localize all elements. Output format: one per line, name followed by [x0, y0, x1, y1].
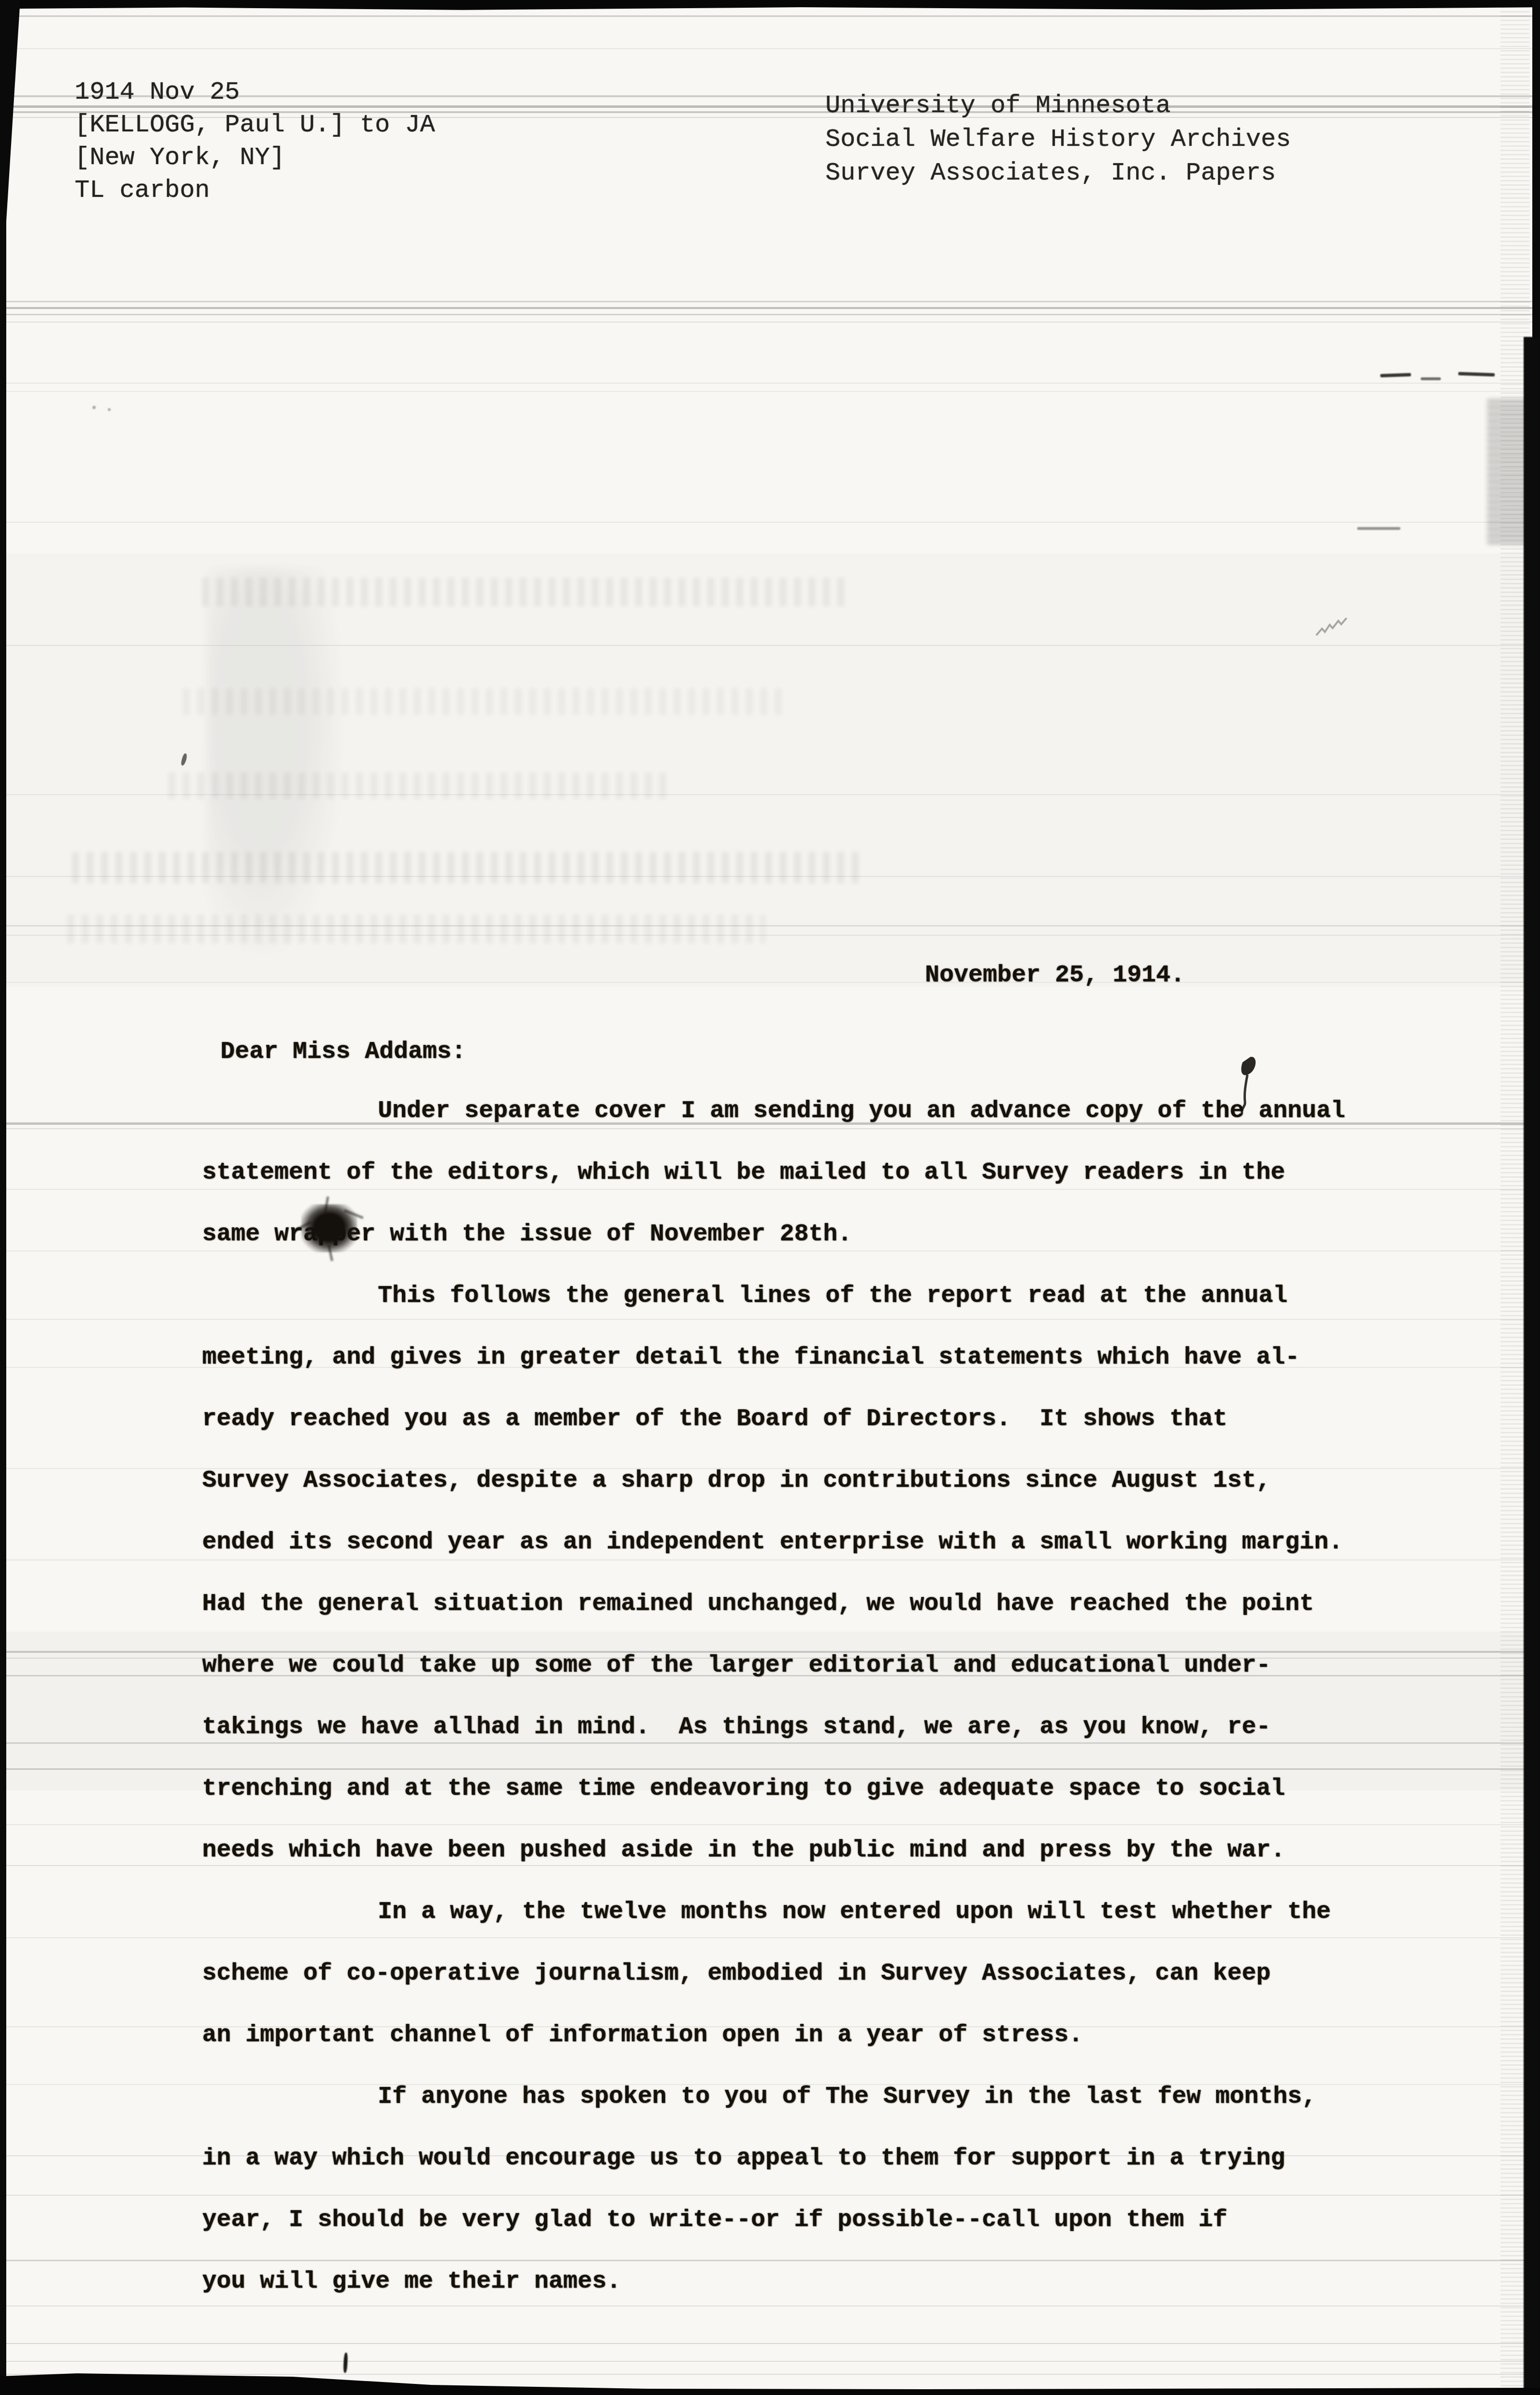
catalog-format: TL carbon [75, 174, 210, 207]
letter-line: meeting, and gives in greater detail the… [202, 1344, 1299, 1371]
scanline [0, 391, 1540, 392]
scanline [0, 1250, 1540, 1251]
scanline [0, 1742, 1540, 1744]
archive-institution: University of Minnesota [825, 89, 1171, 123]
letter-line: same wrapper with the issue of November … [202, 1221, 852, 1248]
letter-line: Had the general situation remained uncha… [202, 1590, 1314, 1618]
speck-mark [108, 408, 111, 411]
scanline [0, 307, 1540, 309]
letter-salutation: Dear Miss Addams: [220, 1038, 466, 1066]
ink-blot [301, 1204, 357, 1252]
letter-line: year, I should be very glad to write--or… [202, 2206, 1227, 2234]
scanline [0, 645, 1540, 646]
scanline [0, 935, 1540, 936]
scanline [0, 15, 1540, 17]
smudge-dash [1357, 527, 1400, 530]
scanline [0, 925, 1540, 927]
catalog-date: 1914 Nov 25 [75, 76, 240, 109]
catalog-correspondents: [KELLOGG, Paul U.] to JA [75, 109, 435, 142]
scanline [0, 1937, 1540, 1938]
scan-edge-left [0, 0, 6, 2395]
scanline [0, 1824, 1540, 1825]
letter-line: you will give me their names. [202, 2268, 621, 2295]
smudge-dash [1458, 372, 1495, 377]
scanline [0, 1128, 1540, 1129]
letter-line: needs which have been pushed aside in th… [202, 1837, 1285, 1864]
letter-line: trenching and at the same time endeavori… [202, 1775, 1285, 1803]
scanline [0, 1768, 1540, 1770]
speck-mark [92, 406, 96, 409]
letter-line: in a way which would encourage us to app… [202, 2145, 1285, 2172]
letter-line: ready reached you as a member of the Boa… [202, 1405, 1227, 1433]
letter-line: statement of the editors, which will be … [202, 1159, 1285, 1186]
bleed-through-ghost-line [72, 852, 866, 883]
letter-line: takings we have allhad in mind. As thing… [202, 1713, 1270, 1741]
archive-papers: Survey Associates, Inc. Papers [825, 156, 1276, 190]
smudge-dash [1421, 377, 1441, 380]
archive-collection: Social Welfare History Archives [825, 123, 1291, 156]
scanline [0, 2361, 1540, 2362]
letter-line: In a way, the twelve months now entered … [378, 1898, 1331, 1926]
letter-scan-page: 1914 Nov 25 [KELLOGG, Paul U.] to JA [Ne… [0, 0, 1540, 2395]
scanline [0, 2343, 1540, 2344]
scanline [0, 383, 1540, 384]
letter-line: an important channel of information open… [202, 2022, 1083, 2049]
scanline [0, 794, 1540, 795]
scanline [0, 1559, 1540, 1560]
smudge-dash [1380, 373, 1411, 377]
scanline [0, 522, 1540, 523]
letter-line: Survey Associates, despite a sharp drop … [202, 1467, 1270, 1494]
letter-line: ended its second year as an independent … [202, 1529, 1343, 1556]
letter-line: scheme of co-operative journalism, embod… [202, 1960, 1270, 1987]
scanline [0, 1865, 1540, 1866]
scanline [0, 2260, 1540, 2261]
scanline [0, 48, 1540, 49]
scanline [0, 1319, 1540, 1320]
scan-edge-top [0, 0, 1540, 13]
scanline [0, 314, 1540, 315]
scan-corner-wedge [0, 0, 20, 231]
scanline [0, 876, 1540, 877]
letter-line: This follows the general lines of the re… [378, 1282, 1287, 1310]
letter-line: If anyone has spoken to you of The Surve… [378, 2083, 1316, 2111]
ink-drip-mark [343, 2353, 348, 2373]
letter-line: Under separate cover I am sending you an… [378, 1097, 1345, 1125]
letter-line: where we could take up some of the large… [202, 1652, 1270, 1679]
catalog-location: [New York, NY] [75, 142, 285, 174]
scanline [0, 2195, 1540, 2196]
scanline [0, 322, 1540, 322]
scanline [0, 982, 1540, 983]
letter-date: November 25, 1914. [925, 962, 1185, 989]
scanline [0, 2305, 1540, 2306]
scanline [0, 1189, 1540, 1190]
scanline [0, 301, 1540, 302]
scan-edge-right-lower [1524, 337, 1540, 2395]
bleed-through-ghost-line [67, 914, 765, 943]
pencil-squiggle-mark [1315, 615, 1349, 640]
ink-flag-mark [1236, 1055, 1265, 1118]
bleed-through-smudge [207, 568, 342, 953]
scanline [0, 2374, 1540, 2375]
